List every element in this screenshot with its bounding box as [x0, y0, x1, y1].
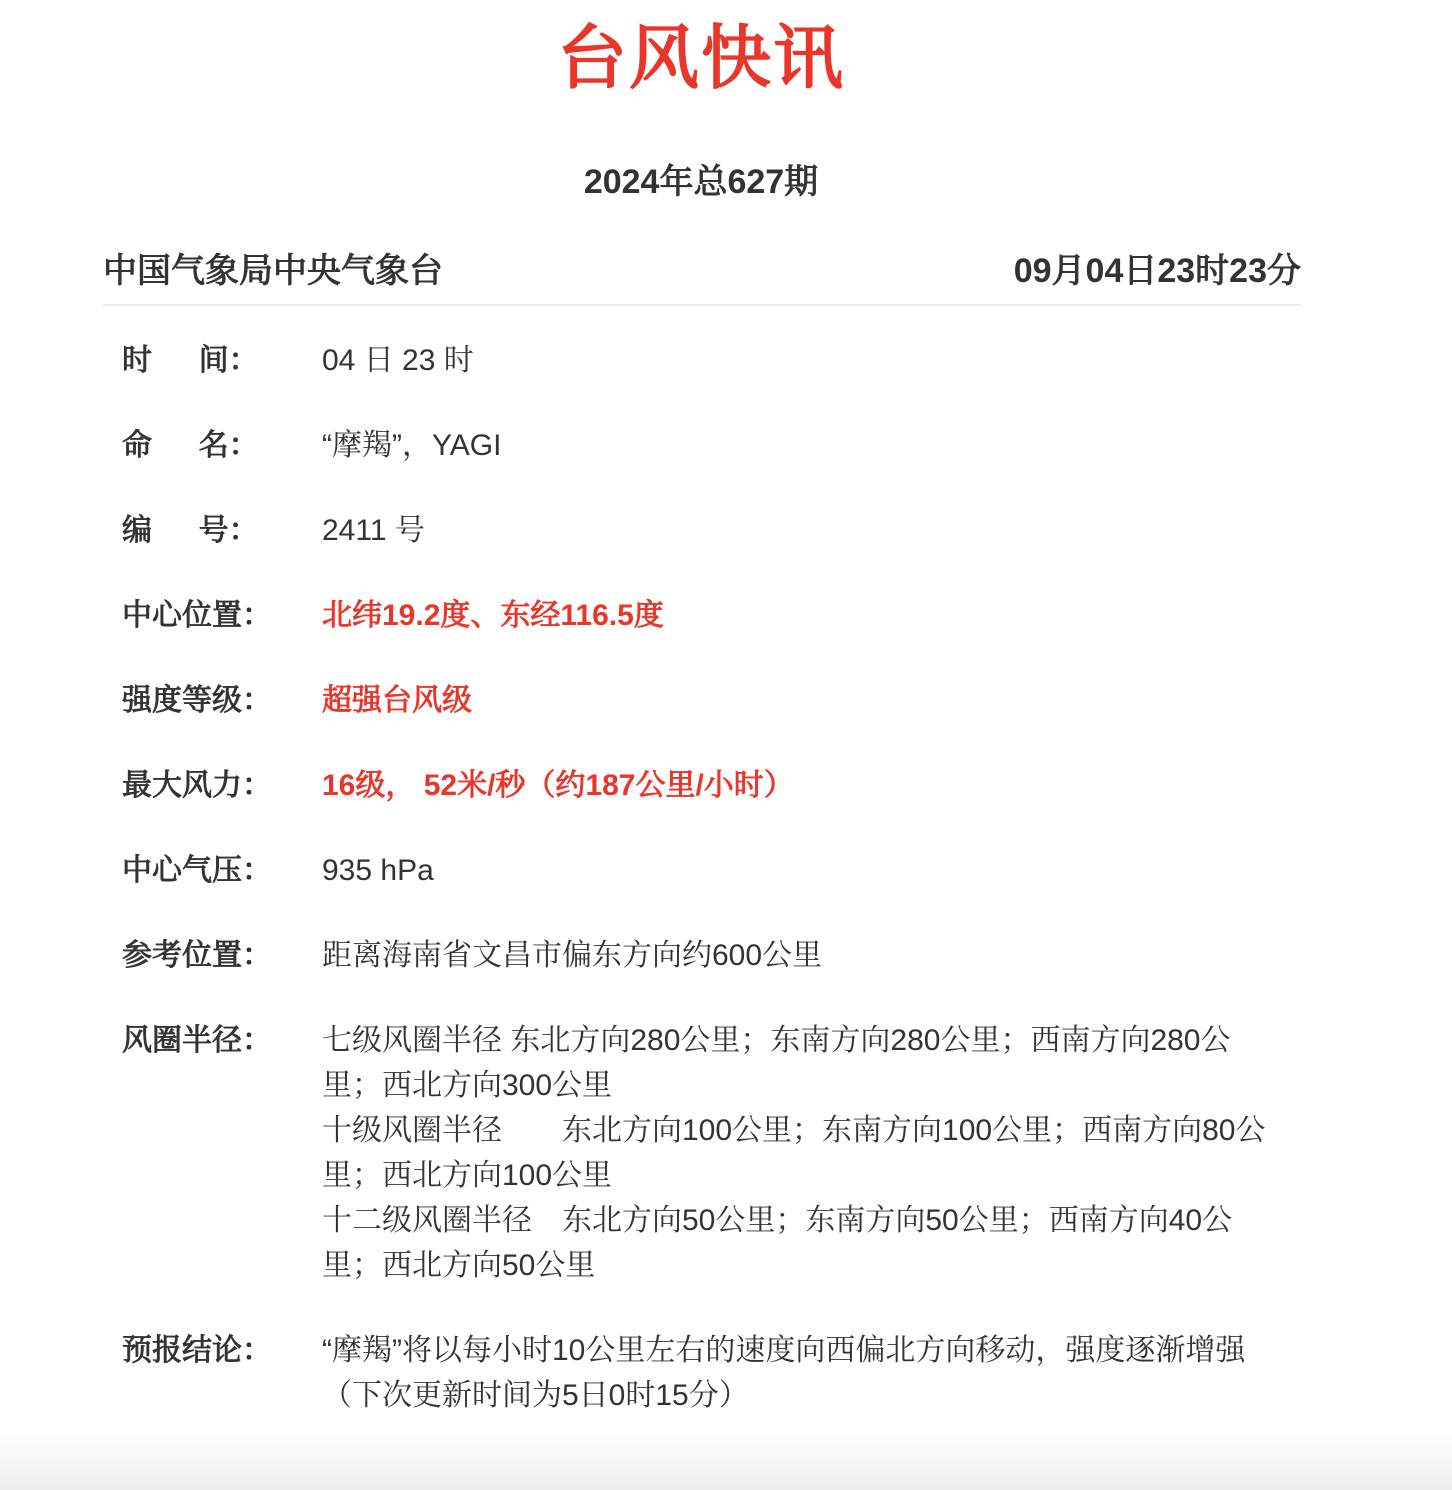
field-forecast: 预报结论： “摩羯”将以每小时10公里左右的速度向西偏北方向移动，强度逐渐增强 … [122, 1328, 1282, 1418]
field-center-position: 中心位置： 北纬19.2度、东经116.5度 [122, 593, 1282, 638]
field-value-highlight: 北纬19.2度、东经116.5度 [322, 593, 1282, 638]
next-update-note: （下次更新时间为5日0时15分） [322, 1373, 1257, 1418]
field-value-highlight: 16级， 52米/秒（约187公里/小时） [322, 763, 1282, 808]
field-label: 时 间： [122, 338, 322, 383]
wind-radius-level-7: 七级风圈半径 东北方向280公里；东南方向280公里；西南方向280公里；西北方… [322, 1018, 1277, 1108]
page-title: 台风快讯 [0, 18, 1402, 98]
field-time: 时 间： 04 日 23 时 [122, 338, 1282, 383]
field-label: 预报结论： [122, 1328, 322, 1418]
wind-radius-level-10: 十级风圈半径 东北方向100公里；东南方向100公里；西南方向80公里；西北方向… [322, 1108, 1277, 1198]
field-value: “摩羯”将以每小时10公里左右的速度向西偏北方向移动，强度逐渐增强 （下次更新时… [322, 1328, 1257, 1418]
field-label: 风圈半径： [122, 1018, 322, 1288]
issue-number: 2024年总627期 [0, 160, 1402, 204]
field-number: 编 号： 2411 号 [122, 508, 1282, 553]
field-label: 中心位置： [122, 593, 322, 638]
field-max-wind: 最大风力： 16级， 52米/秒（约187公里/小时） [122, 763, 1282, 808]
field-reference-position: 参考位置： 距离海南省文昌市偏东方向约600公里 [122, 933, 1282, 978]
field-label: 编 号： [122, 508, 322, 553]
issuing-organization: 中国气象局中央气象台 [103, 248, 443, 294]
bottom-fade [0, 1430, 1452, 1490]
field-label: 强度等级： [122, 678, 322, 723]
field-label: 最大风力： [122, 763, 322, 808]
bulletin-header: 中国气象局中央气象台 09月04日23时23分 [103, 248, 1301, 306]
field-label: 命 名： [122, 423, 322, 468]
field-value: “摩羯”，YAGI [322, 423, 1282, 468]
field-value: 2411 号 [322, 508, 1282, 553]
field-center-pressure: 中心气压： 935 hPa [122, 848, 1282, 893]
field-wind-radius: 风圈半径： 七级风圈半径 东北方向280公里；东南方向280公里；西南方向280… [122, 1018, 1282, 1288]
field-value: 04 日 23 时 [322, 338, 1282, 383]
field-value: 距离海南省文昌市偏东方向约600公里 [322, 933, 1282, 978]
wind-radius-level-12: 十二级风圈半径 东北方向50公里；东南方向50公里；西南方向40公里；西北方向5… [322, 1198, 1277, 1288]
field-label: 参考位置： [122, 933, 322, 978]
forecast-conclusion: “摩羯”将以每小时10公里左右的速度向西偏北方向移动，强度逐渐增强 [322, 1328, 1257, 1373]
issued-time: 09月04日23时23分 [1014, 248, 1301, 294]
field-intensity: 强度等级： 超强台风级 [122, 678, 1282, 723]
field-value-highlight: 超强台风级 [322, 678, 1282, 723]
field-label: 中心气压： [122, 848, 322, 893]
typhoon-bulletin-page: 台风快讯 2024年总627期 中国气象局中央气象台 09月04日23时23分 … [0, 0, 1452, 1490]
field-value: 935 hPa [322, 848, 1282, 893]
field-name: 命 名： “摩羯”，YAGI [122, 423, 1282, 468]
field-value: 七级风圈半径 东北方向280公里；东南方向280公里；西南方向280公里；西北方… [322, 1018, 1277, 1288]
